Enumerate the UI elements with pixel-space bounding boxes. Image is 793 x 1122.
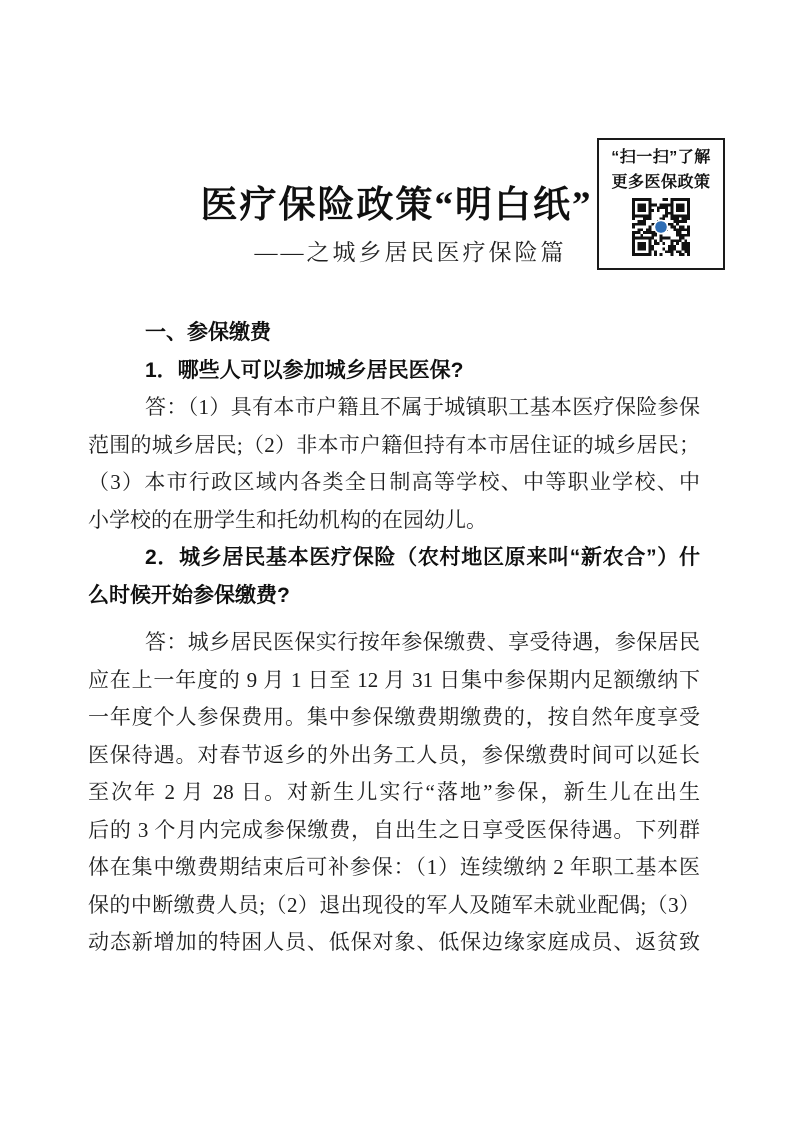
section-heading-block: 一、参保缴费 bbox=[88, 314, 700, 352]
page-subtitle: ——之城乡居民医疗保险篇 bbox=[14, 238, 793, 268]
page-title: 医疗保险政策“明白纸” bbox=[0, 183, 793, 229]
text-line: 小学校的在册学生和托幼机构的在园幼儿。 bbox=[88, 502, 700, 540]
text-line: 至次年 2 月 28 日。对新生儿实行“落地”参保，新生儿在出生 bbox=[88, 774, 700, 812]
answer-block: 答：城乡居民医保实行按年参保缴费、享受待遇，参保居民应在上一年度的 9 月 1 … bbox=[88, 624, 700, 962]
answer-block: 答：（1）具有本市户籍且不属于城镇职工基本医疗保险参保范围的城乡居民;（2）非本… bbox=[88, 389, 700, 539]
text-line: 应在上一年度的 9 月 1 日至 12 月 31 日集中参保期内足额缴纳下 bbox=[88, 662, 700, 700]
text-line: 一、参保缴费 bbox=[88, 314, 700, 352]
text-line: （3）本市行政区域内各类全日制高等学校、中等职业学校、中 bbox=[88, 464, 700, 502]
text-line: 答：城乡居民医保实行按年参保缴费、享受待遇，参保居民 bbox=[88, 624, 700, 662]
document-body: 一、参保缴费1．哪些人可以参加城乡居民医保?答：（1）具有本市户籍且不属于城镇职… bbox=[88, 314, 700, 962]
text-line: 保的中断缴费人员;（2）退出现役的军人及随军未就业配偶;（3） bbox=[88, 887, 700, 925]
qr-caption-line1: “扫一扫”了解 bbox=[599, 145, 723, 170]
text-line: 范围的城乡居民;（2）非本市户籍但持有本市居住证的城乡居民； bbox=[88, 427, 700, 465]
document-page: “扫一扫”了解 更多医保政策 医疗保险政策“明白纸” ——之城乡居民医疗保险篇 … bbox=[0, 0, 793, 1122]
question-block: 2．城乡居民基本医疗保险（农村地区原来叫“新农合”）什么时候开始参保缴费? bbox=[88, 539, 700, 614]
text-line: 答：（1）具有本市户籍且不属于城镇职工基本医疗保险参保 bbox=[88, 389, 700, 427]
text-line: 动态新增加的特困人员、低保对象、低保边缘家庭成员、返贫致 bbox=[88, 924, 700, 962]
text-line: 一年度个人参保费用。集中参保缴费期缴费的，按自然年度享受 bbox=[88, 699, 700, 737]
text-line: 么时候开始参保缴费? bbox=[88, 577, 700, 615]
text-line: 后的 3 个月内完成参保缴费，自出生之日享受医保待遇。下列群 bbox=[88, 812, 700, 850]
text-line: 1．哪些人可以参加城乡居民医保? bbox=[88, 352, 700, 390]
text-line: 医保待遇。对春节返乡的外出务工人员，参保缴费时间可以延长 bbox=[88, 737, 700, 775]
text-line: 2．城乡居民基本医疗保险（农村地区原来叫“新农合”）什 bbox=[88, 539, 700, 577]
text-line: 体在集中缴费期结束后可补参保：（1）连续缴纳 2 年职工基本医 bbox=[88, 849, 700, 887]
question-block: 1．哪些人可以参加城乡居民医保? bbox=[88, 352, 700, 390]
